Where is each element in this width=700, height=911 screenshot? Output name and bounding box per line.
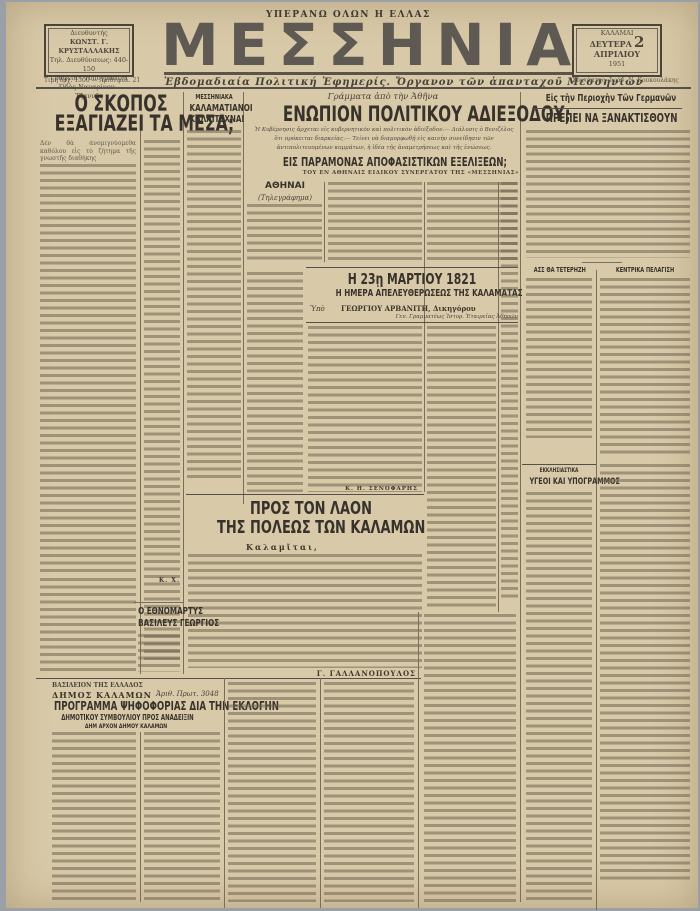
divider — [306, 322, 518, 323]
right-mid-right-headline: ΚΕΝΤΡΙΚΑ ΠΕΛΑΓΙΣΗ — [598, 267, 692, 274]
march-byline: Ὑπὸ ΓΕΩΡΓΙΟΥ ΑΡΒΑΝΙΤΗ, Δικηγόρου — [310, 304, 518, 313]
column-divider — [140, 732, 141, 902]
election-protocol: Ἀριθ. Πρωτ. 3048 — [156, 690, 219, 698]
date-city: ΚΑΛΑΜΑΙ — [574, 29, 660, 38]
ethnomartyr-headline-2: ΒΑΣΙΛΕΥΣ ΓΕΩΡΓΙΟΣ — [130, 619, 188, 629]
right-mid-left-body — [526, 278, 592, 438]
column-divider — [596, 270, 597, 910]
athens-body-col2 — [328, 182, 422, 264]
messiniaka-body — [187, 130, 241, 482]
address-signature: Γ. ΓΑΛΛΑΝΟΠΟΥΛΟΣ — [286, 669, 416, 678]
election-headline: ΠΡΟΓΡΑΜΜΑ ΨΗΦΟΦΟΡΙΑΣ ΔΙΑ ΤΗΝ ΕΚΛΟΓΗΝ — [26, 700, 226, 712]
divider — [186, 494, 424, 495]
athens-byline: ΤΟΥ ΕΝ ΑΘΗΝΑΙΣ ΕΙΔΙΚΟΥ ΣΥΝΕΡΓΑΤΟΥ ΤΗΣ «Μ… — [251, 170, 519, 176]
column-divider — [320, 678, 321, 908]
election-body-col3 — [228, 682, 316, 902]
divider — [522, 464, 596, 465]
athens-dateline-sub: (Τηλεγράφημα) — [246, 194, 324, 202]
messiniaka-headline-1: ΚΑΛΑΜΑΤΙΑΝΟΙ — [180, 104, 248, 114]
right-top-headline: ΠΡΕΠΕΙ ΝΑ ΞΑΝΑΚΤΙΣΘΟΥΝ — [522, 112, 692, 124]
column-divider — [140, 122, 141, 674]
divider — [134, 602, 184, 603]
march-subhead: Η ΗΜΕΡΑ ΑΠΕΛΕΥΘΕΡΩΣΕΩΣ ΤΗΣ ΚΑΛΑΜΑΤΑΣ — [306, 289, 518, 299]
right-mid-right-body — [600, 278, 690, 458]
athens-dateline: ΑΘΗΝΑΙ — [246, 182, 324, 191]
divider — [36, 678, 421, 679]
address-body — [188, 554, 422, 668]
athens-kicker: Γράμματα ἀπὸ τὴν Ἀθῆνα — [248, 92, 518, 102]
lead-body-cont — [40, 578, 136, 674]
column-divider — [424, 182, 425, 492]
masthead-rule — [164, 72, 579, 75]
athens-body-col1 — [247, 204, 322, 264]
athens-subhead: ΕΙΣ ΠΑΡΑΜΟΝΑΣ ΑΠΟΦΑΣΙΣΤΙΚΩΝ ΕΞΕΛΙΞΕΩΝ; — [244, 156, 522, 168]
publisher-box: Διευθυντής ΚΩΝΣΤ. Γ. ΚΡΥΣΤΑΛΛΑΚΗΣ Τηλ. Δ… — [44, 24, 134, 77]
column-divider — [418, 612, 419, 908]
address-headline-2: ΤΗΣ ΠΟΛΕΩΣ ΤΩΝ ΚΑΛΑΜΩΝ — [182, 519, 432, 537]
right-top-kicker: Εἰς τὴν Περιοχὴν Τῶν Γερμανῶν — [522, 94, 692, 104]
publisher-name: ΚΩΝΣΤ. Γ. ΚΡΥΣΤΑΛΛΑΚΗΣ — [46, 38, 132, 56]
divider — [582, 262, 622, 263]
date-weekday: ΔΕΥΤΕΡΑ — [590, 39, 632, 49]
ekklisiastika-kicker: ΕΚΚΛΗΣΙΑΣΤΙΚΑ — [522, 468, 596, 474]
byline-author: ΓΕΩΡΓΙΟΥ ΑΡΒΑΝΙΤΗ, Δικηγόρου — [341, 304, 476, 313]
election-body-col5 — [424, 614, 516, 902]
column-divider — [243, 92, 244, 504]
newspaper-title: ΜΕΣΣΗΝΙΑ — [161, 16, 581, 74]
lead-opening: Δὲν θὰ ἀνομιγνύομεθα καθόλου εἰς τὸ ζήτη… — [40, 140, 136, 163]
byline-prefix: Ὑπὸ — [310, 305, 325, 313]
column-divider — [324, 182, 325, 262]
lead-body-col1 — [40, 164, 136, 574]
election-body-col4 — [324, 682, 414, 902]
divider — [306, 267, 518, 268]
address-headline-1: ΠΡΟΣ ΤΟΝ ΛΑΟΝ — [206, 500, 416, 518]
divider — [532, 108, 682, 109]
election-body-col1 — [52, 732, 136, 902]
ekklisiastika-body — [526, 492, 592, 902]
ethnomartyr-headline-1: Ο ΕΘΝΟΜΑΡΤΥΣ — [130, 607, 188, 617]
publisher-label: Διευθυντής — [46, 29, 132, 38]
column-divider — [224, 678, 225, 908]
ekklisiastika-headline: ΥΓΕΟΙ ΚΑΙ ΥΠΟΓΡΑΜΜΟΣ — [518, 478, 600, 487]
date-year: 1951 — [574, 60, 660, 69]
athens-deck: Ἡ Κυβέρνησις ἄρχεται εἰς κυβερνητικὸν κα… — [250, 126, 518, 153]
publisher-phone: Τηλ. Διευθύνσεως: 440-150 — [46, 56, 132, 74]
column-divider — [520, 92, 521, 902]
election-subhead-2: ΔΗΜ ΑΡΧΟΝ ΔΗΜΟΥ ΚΑΛΑΜΩΝ — [36, 723, 216, 730]
messiniaka-kicker: ΜΕΣΣΗΝΙΑΚΑ — [186, 94, 242, 101]
election-kicker-1: ΒΑΣΙΛΕΙΟΝ ΤΗΣ ΕΛΛΑΔΟΣ — [52, 682, 143, 689]
athens-body-cont — [247, 272, 303, 492]
right-bottom-body — [600, 464, 690, 884]
march-body-col3 — [501, 182, 518, 602]
athens-headline: ΕΝΩΠΙΟΝ ΠΟΛΙΤΙΚΟΥ ΑΔΙΕΞΟΔΟΥ; — [244, 104, 522, 125]
election-body-col2 — [144, 732, 220, 902]
price-line: Τιμὴ δρχ. 1500 — Ἀριθ. φύλ. 21 — [44, 77, 140, 84]
messiniaka-signature: Κ. Η. ΣΕΝΟΦΑΡΗΣ — [306, 486, 418, 492]
date-month: ΑΠΡΙΛΙΟΥ — [594, 49, 640, 59]
march-body-col1 — [308, 326, 422, 492]
right-mid-left-headline: ΑΣΣ ΘΑ ΤΕΤΕΡΗΖΗ — [524, 267, 594, 274]
editor-line: Συντάκτης: Ἰωάν. Ν. Κουκουλάκης — [572, 77, 679, 84]
date-box: ΚΑΛΑΜΑΙ ΔΕΥΤΕΡΑ 2 ΑΠΡΙΛΙΟΥ 1951 — [572, 24, 662, 77]
messiniaka-headline-2: ΚΑΛΛΙΤΕΧΝΑΙ — [180, 115, 248, 125]
kx-signature: Κ. Χ. — [146, 577, 180, 584]
election-subhead: ΔΗΜΟΤΙΚΟΥ ΣΥΜΒΟΥΛΙΟΥ ΠΡΟΣ ΑΝΑΔΕΙΞΙΝ — [36, 714, 216, 722]
date-line: ΔΕΥΤΕΡΑ 2 ΑΠΡΙΛΙΟΥ — [574, 38, 660, 60]
ethnomartyr-body — [138, 634, 180, 672]
march-author-title: Γεν. Γραμματέως Ἱστορ. Ἐταιρείας Ἀθηνῶν — [346, 314, 518, 320]
march-headline: Η 23ῃ ΜΑΡΤΙΟΥ 1821 — [306, 272, 518, 287]
address-salutation: Καλαμῖται, — [246, 542, 319, 552]
column-divider — [183, 92, 184, 674]
newspaper-page: ΥΠΕΡΑΝΩ ΟΛΩΝ Η ΕΛΛΑΣ Διευθυντής ΚΩΝΣΤ. Γ… — [6, 2, 698, 908]
march-body-col2 — [427, 326, 496, 608]
masthead-bottom-rule — [36, 87, 691, 89]
right-top-body — [526, 130, 690, 258]
